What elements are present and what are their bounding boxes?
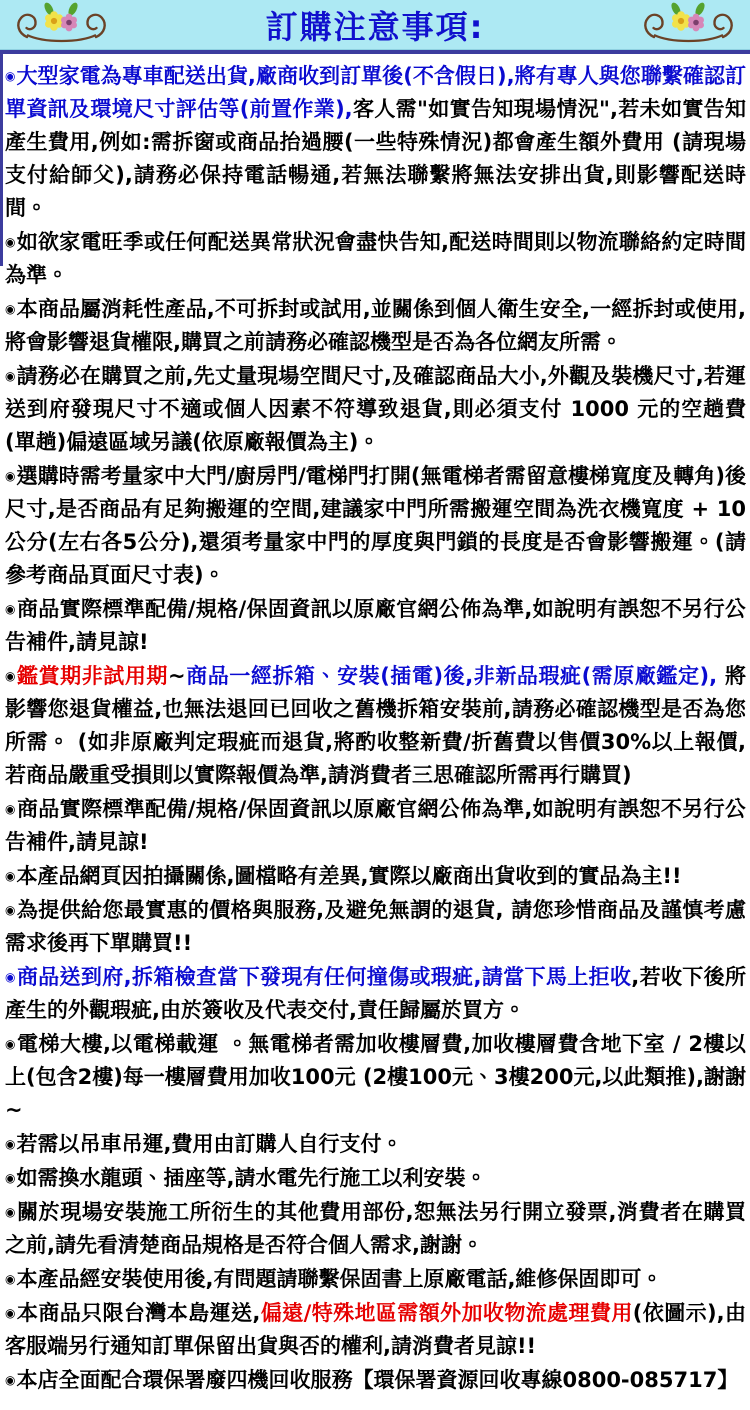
bullet-icon: ◉ <box>5 469 16 483</box>
bullet-icon: ◉ <box>5 869 15 883</box>
header: 訂購注意事項: <box>0 0 750 49</box>
left-border-accent <box>0 54 3 266</box>
notice-text: 商品送到府,拆箱檢查當下發現有任何撞傷或瑕疵,請當下馬上拒收 <box>17 965 631 989</box>
notice-item: ◉本店全面配合環保署廢四機回收服務【環保署資源回收專線0800-085717】 <box>5 1364 746 1397</box>
notice-text: 本商品只限台灣本島運送, <box>17 1301 260 1325</box>
notice-item: ◉關於現場安裝施工所衍生的其他費用部份,恕無法另行開立發票,消費者在購買之前,請… <box>5 1196 746 1262</box>
floral-ornament-right-icon <box>641 0 736 50</box>
notice-item: ◉本產品經安裝使用後,有問題請聯繫保固書上原廠電話,維修保固即可。 <box>5 1263 746 1296</box>
notice-text: 本產品經安裝使用後,有問題請聯繫保固書上原廠電話,維修保固即可。 <box>16 1267 662 1291</box>
bullet-icon: ◉ <box>5 970 16 984</box>
bullet-icon: ◉ <box>5 69 16 83</box>
bullet-icon: ◉ <box>5 669 16 683</box>
bullet-icon: ◉ <box>5 802 16 816</box>
notice-text: ~ <box>168 664 186 688</box>
bullet-icon: ◉ <box>5 1306 16 1320</box>
notice-text: 本產品網頁因拍攝關係,圖檔略有差異,實際以廠商出貨收到的實品為主!! <box>16 864 681 888</box>
notice-text: 本商品屬消耗性產品,不可拆封或試用,並關係到個人衛生安全,一經拆封或使用,將會影… <box>5 297 746 354</box>
notice-text: 商品實際標準配備/規格/保固資訊以原廠官網公佈為準,如說明有誤恕不另行公告補件,… <box>5 597 746 654</box>
notice-text: 為提供給您最實惠的價格與服務,及避免無謂的退貨, 請您珍惜商品及謹慎考慮需求後再… <box>5 898 746 955</box>
notice-item: ◉本產品網頁因拍攝關係,圖檔略有差異,實際以廠商出貨收到的實品為主!! <box>5 860 746 893</box>
notice-item: ◉電梯大樓,以電梯載運 。無電梯者需加收樓層費,加收樓層費含地下室 / 2樓以上… <box>5 1028 746 1127</box>
notice-item: ◉為提供給您最實惠的價格與服務,及避免無謂的退貨, 請您珍惜商品及謹慎考慮需求後… <box>5 894 746 960</box>
bullet-icon: ◉ <box>5 369 16 383</box>
notice-text: 如欲家電旺季或任何配送異常狀況會盡快告知,配送時間則以物流聯絡約定時間為準。 <box>5 230 746 287</box>
floral-ornament-left-icon <box>14 0 109 50</box>
bullet-icon: ◉ <box>5 302 16 316</box>
bullet-icon: ◉ <box>5 1171 15 1185</box>
notice-item: ◉本商品只限台灣本島運送,偏遠/特殊地區需額外加收物流處理費用(依圖示),由客服… <box>5 1297 746 1363</box>
bullet-icon: ◉ <box>5 602 16 616</box>
notice-item: ◉如需換水龍頭、插座等,請水電先行施工以利安裝。 <box>5 1162 746 1195</box>
notice-text: 偏遠/特殊地區需額外加收物流處理費用 <box>260 1301 632 1325</box>
notice-item: ◉商品實際標準配備/規格/保固資訊以原廠官網公佈為準,如說明有誤恕不另行公告補件… <box>5 793 746 859</box>
notice-text: 商品實際標準配備/規格/保固資訊以原廠官網公佈為準,如說明有誤恕不另行公告補件,… <box>5 797 746 854</box>
notice-item: ◉請務必在購買之前,先丈量現場空間尺寸,及確認商品大小,外觀及裝機尺寸,若運送到… <box>5 360 746 459</box>
notice-text: 請務必在購買之前,先丈量現場空間尺寸,及確認商品大小,外觀及裝機尺寸,若運送到府… <box>5 364 746 454</box>
notice-item: ◉選購時需考量家中大門/廚房門/電梯門打開(無電梯者需留意樓梯寬度及轉角)後尺寸… <box>5 460 746 592</box>
notice-item: ◉若需以吊車吊運,費用由訂購人自行支付。 <box>5 1128 746 1161</box>
notice-text: 電梯大樓,以電梯載運 。無電梯者需加收樓層費,加收樓層費含地下室 / 2樓以上(… <box>5 1032 746 1122</box>
notice-item: ◉鑑賞期非試用期~商品一經拆箱、安裝(插電)後,非新品瑕疵(需原廠鑑定), 將影… <box>5 660 746 792</box>
bullet-icon: ◉ <box>5 1037 16 1051</box>
notice-list: ◉大型家電為專車配送出貨,廠商收到訂單後(不含假日),將有專人與您聯繫確認訂單資… <box>0 54 750 1410</box>
notice-text: 若需以吊車吊運,費用由訂購人自行支付。 <box>16 1132 402 1156</box>
notice-text: 本店全面配合環保署廢四機回收服務【環保署資源回收專線0800-085717】 <box>16 1368 738 1392</box>
notice-text: 鑑賞期非試用期 <box>17 664 168 688</box>
notice-text: 如需換水龍頭、插座等,請水電先行施工以利安裝。 <box>16 1166 486 1190</box>
bullet-icon: ◉ <box>5 1373 15 1387</box>
notice-text: 關於現場安裝施工所衍生的其他費用部份,恕無法另行開立發票,消費者在購買之前,請先… <box>5 1200 746 1257</box>
order-notice-page: 訂購注意事項: <box>0 0 750 1410</box>
page-title: 訂購注意事項: <box>266 2 485 48</box>
bullet-icon: ◉ <box>5 1205 16 1219</box>
notice-item: ◉商品實際標準配備/規格/保固資訊以原廠官網公佈為準,如說明有誤恕不另行公告補件… <box>5 593 746 659</box>
notice-text: 選購時需考量家中大門/廚房門/電梯門打開(無電梯者需留意樓梯寬度及轉角)後尺寸,… <box>5 464 746 587</box>
bullet-icon: ◉ <box>5 1272 15 1286</box>
bullet-icon: ◉ <box>5 903 16 917</box>
bullet-icon: ◉ <box>5 235 16 249</box>
notice-item: ◉商品送到府,拆箱檢查當下發現有任何撞傷或瑕疵,請當下馬上拒收,若收下後所產生的… <box>5 961 746 1027</box>
notice-text: 商品一經拆箱、安裝(插電)後,非新品瑕疵(需原廠鑑定), <box>186 664 718 688</box>
notice-item: ◉本商品屬消耗性產品,不可拆封或試用,並關係到個人衛生安全,一經拆封或使用,將會… <box>5 293 746 359</box>
notice-item: ◉如欲家電旺季或任何配送異常狀況會盡快告知,配送時間則以物流聯絡約定時間為準。 <box>5 226 746 292</box>
notice-item: ◉大型家電為專車配送出貨,廠商收到訂單後(不含假日),將有專人與您聯繫確認訂單資… <box>5 60 746 225</box>
bullet-icon: ◉ <box>5 1137 15 1151</box>
